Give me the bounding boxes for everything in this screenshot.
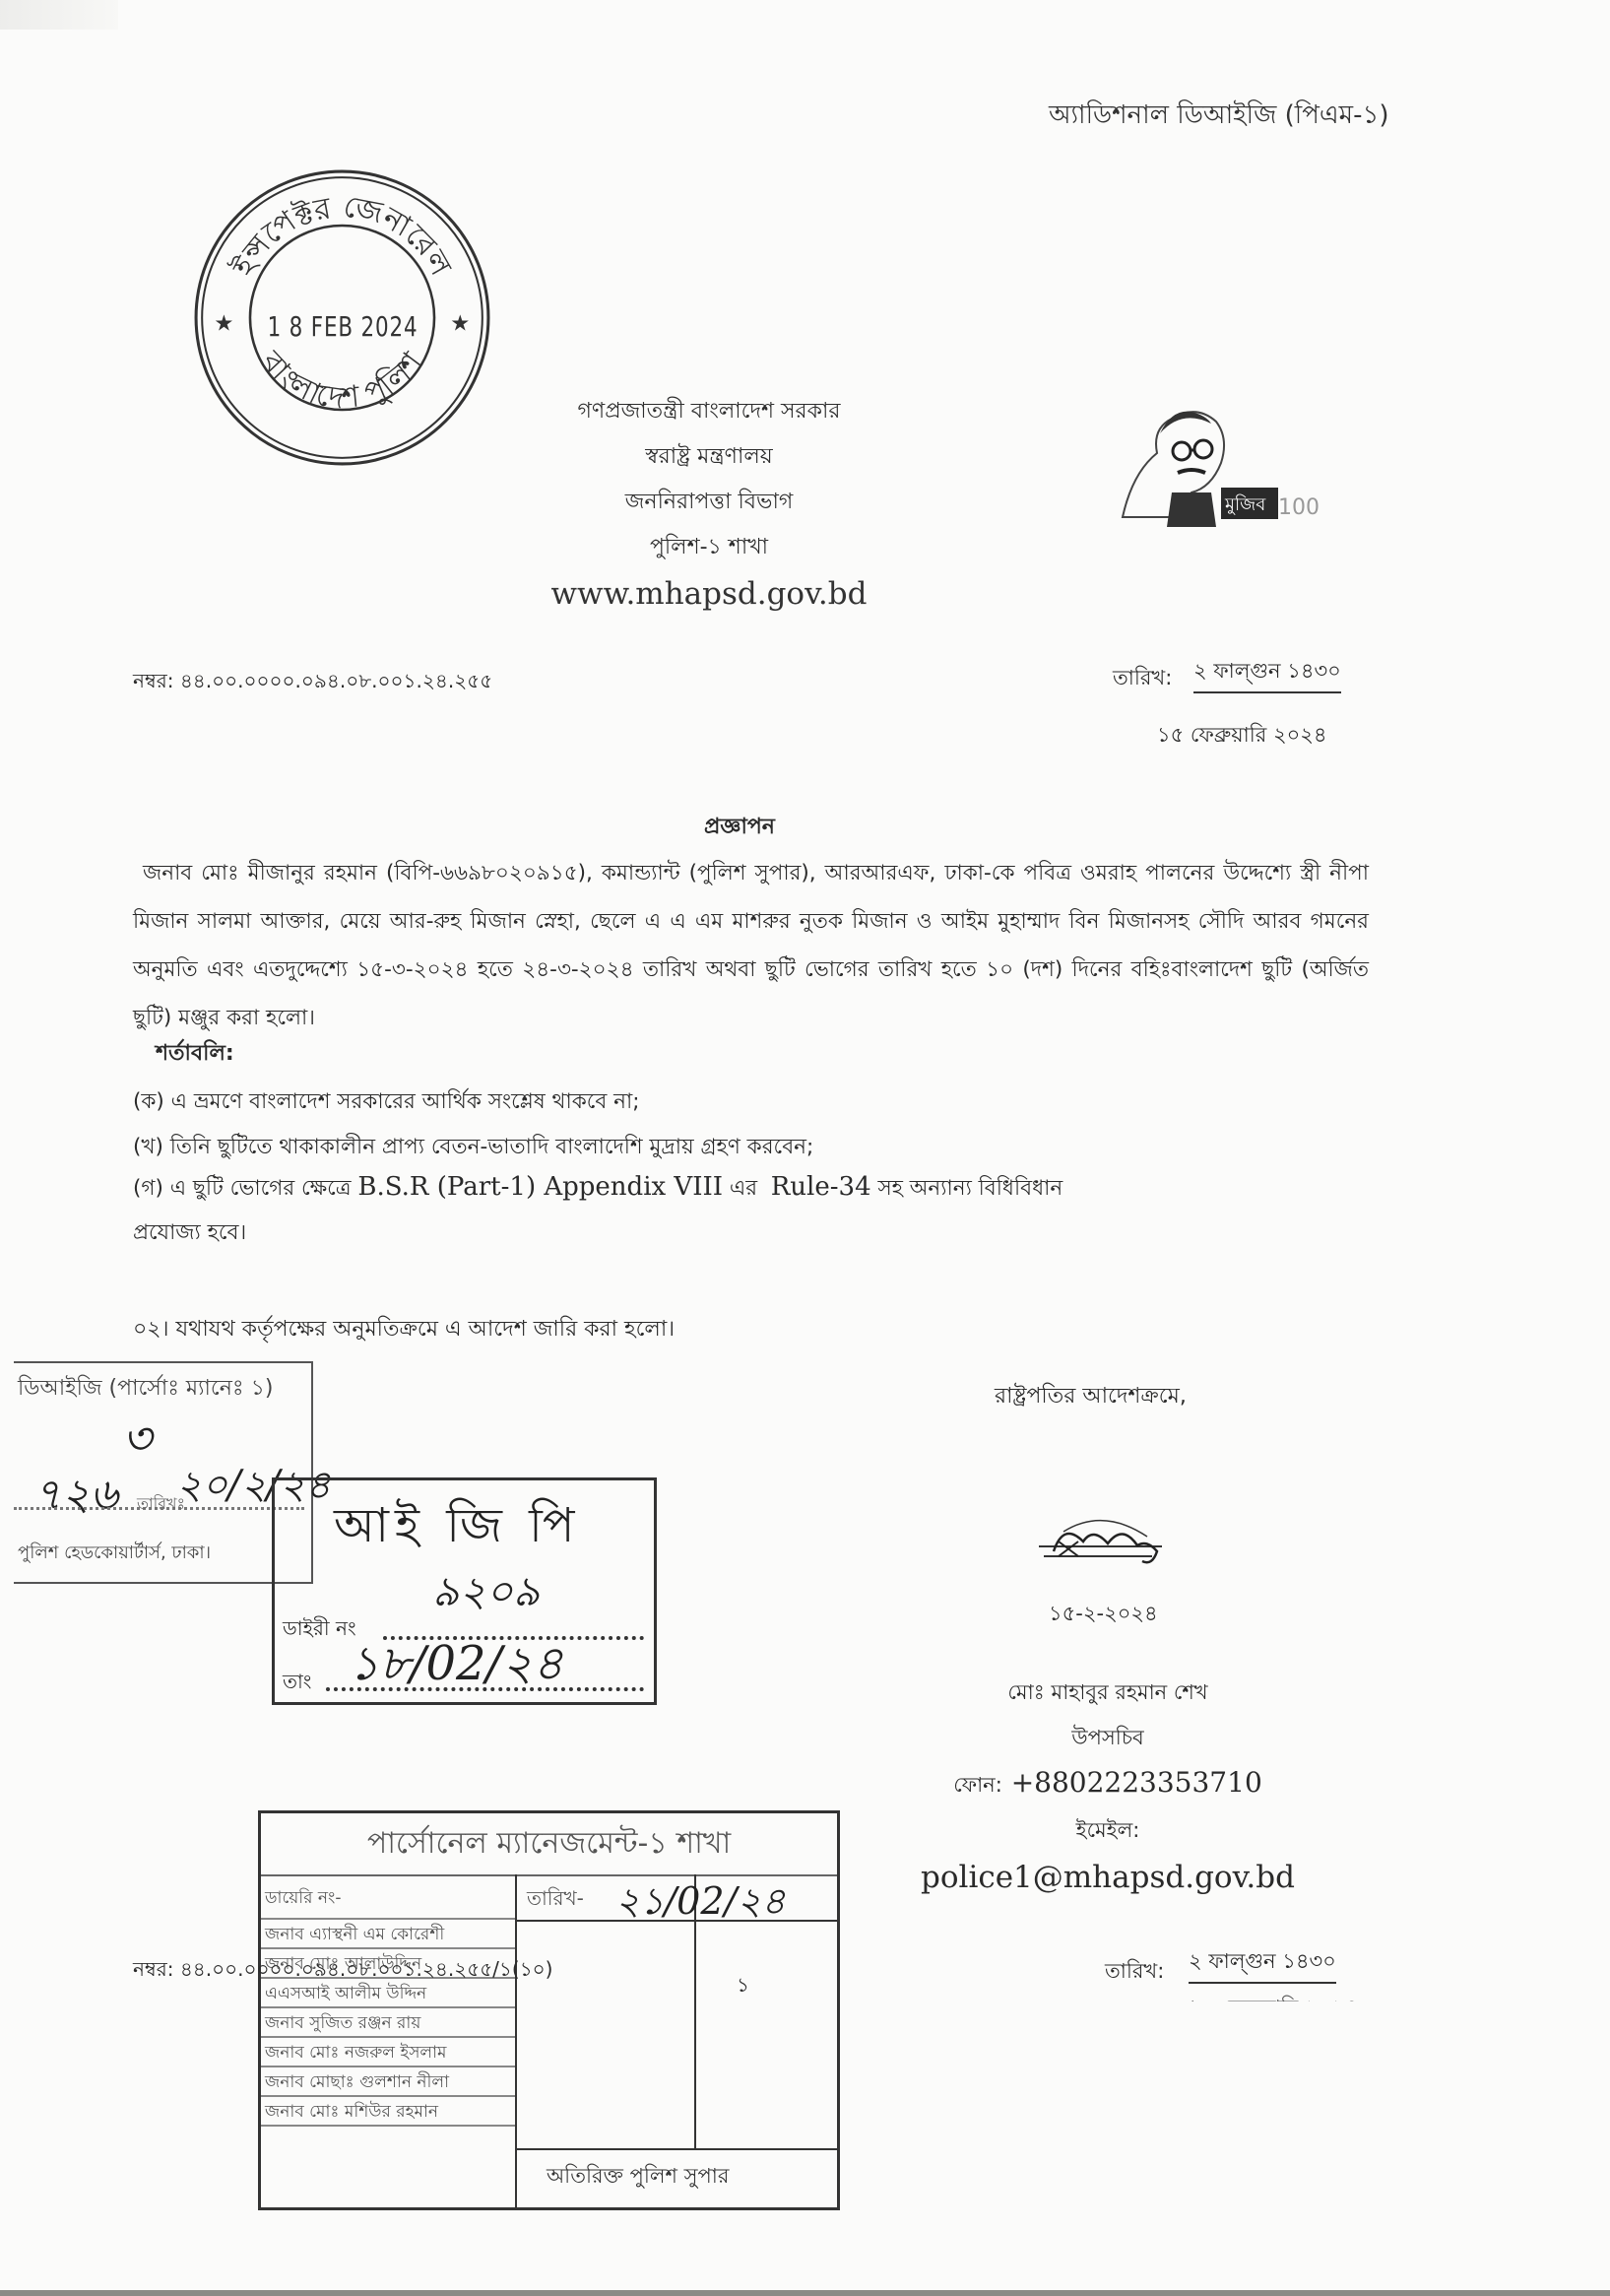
stamp-dig-title: ডিআইজি (পার্সোঃ ম্যানেঃ ১) — [18, 1371, 273, 1408]
stamp-row: জনাব মোঃ মশিউর রহমান — [261, 2097, 515, 2127]
rule-number: Rule-34 — [771, 1172, 871, 1202]
hand-number: ৭২৬ — [33, 1462, 118, 1534]
divider — [515, 1874, 517, 2207]
svg-text:বাংলাদেশ পুলিশ: বাংলাদেশ পুলিশ — [253, 345, 430, 417]
stamp-igp-title: আই জি পি — [334, 1490, 580, 1568]
routing-label: অ্যাডিশনাল ডিআইজি (পিএম-১) — [1049, 95, 1389, 138]
stamp-row: জনাব মোছাঃ গুলশান নীলা — [261, 2067, 515, 2097]
copy-memo-number-value: ৪৪.০০.০০০০.০৯৪.০৮.০০১.২৪.২৫৫/১(১০) — [180, 1957, 553, 1981]
conditions-title: শর্তাবলি: — [156, 1036, 234, 1073]
signer-email: police1@mhapsd.gov.bd — [886, 1853, 1329, 1902]
memo-number-label: নম্বর: — [133, 669, 173, 692]
signer-designation: উপসচিব — [886, 1715, 1329, 1760]
igp-diary-stamp: আই জি পি ৯২০৯ ডাইরী নং ১৮/02/২৪ তাং — [272, 1477, 657, 1705]
phone-value: +8802223353710 — [1011, 1766, 1262, 1799]
condition-ga-prefix: (গ) এ ছুটি ভোগের ক্ষেত্রে — [133, 1176, 357, 1201]
seal-date: 1 8 FEB 2024 — [268, 310, 419, 343]
pm1-branch-stamp: পার্সোনেল ম্যানেজমেন্ট-১ শাখা ডায়েরি নং… — [258, 1810, 840, 2210]
signer-name: মোঃ মাহাবুর রহমান শেখ — [886, 1670, 1329, 1715]
condition-ga-suffix: সহ অন্যান্য বিধিবিধান — [871, 1176, 1063, 1201]
condition-ga: (গ) এ ছুটি ভোগের ক্ষেত্রে B.S.R (Part-1)… — [133, 1172, 1063, 1208]
date-gregorian: ১৫ ফেব্রুয়ারি ২০২৪ — [1157, 719, 1327, 754]
star-icon: ★ — [214, 311, 233, 337]
star-icon: ★ — [450, 311, 470, 337]
mujib-100-logo: মুজিব 100 — [1113, 394, 1324, 527]
condition-ka: (ক) এ ভ্রমণে বাংলাদেশ সরকারের আর্থিক সংশ… — [133, 1085, 639, 1121]
stamp-pm1-count: ১ — [737, 1971, 749, 2003]
email-label: ইমেইল: — [886, 1807, 1329, 1853]
scan-artifact — [0, 0, 118, 30]
memo-number-value: ৪৪.০০.০০০০.০৯৪.০৮.০০১.২৪.২৫৫ — [180, 669, 492, 692]
signed-date: ১৫-২-২০২৪ — [1049, 1598, 1158, 1632]
date-bangla: ২ ফাল্গুন ১৪৩০ — [1193, 655, 1341, 693]
letterhead: গণপ্রজাতন্ত্রী বাংলাদেশ সরকার স্বরাষ্ট্র… — [473, 389, 945, 616]
division-name: জননিরাপত্তা বিভাগ — [473, 480, 945, 525]
copy-date-label: তারিখ: — [1105, 1955, 1164, 1990]
divider — [515, 2148, 837, 2150]
by-order-of-president: রাষ্ট্রপতির আদেশক্রমে, — [995, 1379, 1187, 1415]
diary-number: ৯২০৯ — [432, 1559, 540, 1629]
diary-date-label: তাং — [283, 1668, 311, 1700]
branch-name: পুলিশ-১ শাখা — [473, 525, 945, 570]
diary-label: ডাইরী নং — [283, 1614, 356, 1647]
stamp-row: ডায়েরি নং- — [261, 1876, 515, 1920]
svg-text:মুজিব: মুজিব — [1224, 494, 1266, 515]
dig-receipt-stamp: ডিআইজি (পার্সোঃ ম্যানেঃ ১) ৩ ৭২৬ ২০/২/২৪… — [14, 1361, 313, 1584]
rule-reference: B.S.R (Part-1) Appendix VIII — [357, 1172, 723, 1202]
date-label: তারিখ: — [1113, 662, 1172, 696]
stamp-row: জনাব সুজিত রঞ্জন রায় — [261, 2008, 515, 2038]
stamp-pm1-date: ২১/02/২৪ — [615, 1872, 786, 1935]
condition-ga-mid: এর — [723, 1176, 764, 1201]
signer-phone: ফোন: +8802223353710 — [886, 1760, 1329, 1807]
stamp-row: জনাব এ্যাস্থনী এম কোরেশী — [261, 1920, 515, 1949]
paragraph-two: ০২। যথাযথ কর্তৃপক্ষের অনুমতিক্রমে এ আদেশ… — [133, 1312, 675, 1348]
memo-number: নম্বর: ৪৪.০০.০০০০.০৯৪.০৮.০০১.২৪.২৫৫ — [133, 667, 492, 699]
ministry-name: স্বরাষ্ট্র মন্ত্রণালয় — [473, 434, 945, 480]
scan-edge — [0, 2290, 1610, 2296]
signature — [1034, 1512, 1172, 1571]
phone-label: ফোন: — [953, 1773, 1002, 1797]
notice-body: জনাব মোঃ মীজানুর রহমান (বিপি-৬৬৯৮০২০৯১৫)… — [133, 849, 1369, 1042]
copy-date-bangla: ২ ফাল্গুন ১৪৩০ — [1189, 1945, 1336, 1984]
stamp-pm1-header: পার্সোনেল ম্যানেজমেন্ট-১ শাখা — [261, 1813, 837, 1876]
dotted-line — [326, 1687, 644, 1691]
stamp-dig-footer: পুলিশ হেডকোয়ার্টার্স, ঢাকা। — [18, 1539, 211, 1569]
stamp-pm1-date-label: তারিখ- — [527, 1884, 584, 1917]
govt-name: গণপ্রজাতন্ত্রী বাংলাদেশ সরকার — [473, 389, 945, 434]
website: www.mhapsd.gov.bd — [473, 572, 945, 616]
copy-memo-number: নম্বর: ৪৪.০০.০০০০.০৯৪.০৮.০০১.২৪.২৫৫/১(১০… — [133, 1955, 552, 1988]
hand-mark: ৩ — [122, 1405, 152, 1479]
stamp-pm1-footer: অতিরিক্ত পুলিশ সুপার — [547, 2160, 729, 2195]
stamp-row: জনাব মোঃ নজরুল ইসলাম — [261, 2038, 515, 2067]
condition-ga-line2: প্রযোজ্য হবে। — [133, 1216, 246, 1252]
signer-details: মোঃ মাহাবুর রহমান শেখ উপসচিব ফোন: +88022… — [886, 1670, 1329, 1902]
stamp-dig-date-label: তারিখঃ — [137, 1491, 185, 1518]
condition-kha: (খ) তিনি ছুটিতে থাকাকালীন প্রাপ্য বেতন-ভ… — [133, 1131, 813, 1166]
diary-date: ১৮/02/২৪ — [349, 1628, 563, 1706]
copy-date-gregorian: ১৫ ফেব্রুয়ারি ২০২৪ — [1189, 1992, 1359, 2001]
copy-memo-number-label: নম্বর: — [133, 1957, 173, 1981]
notice-title: প্রজ্ঞাপন — [704, 810, 775, 846]
svg-text:100: 100 — [1278, 495, 1320, 520]
